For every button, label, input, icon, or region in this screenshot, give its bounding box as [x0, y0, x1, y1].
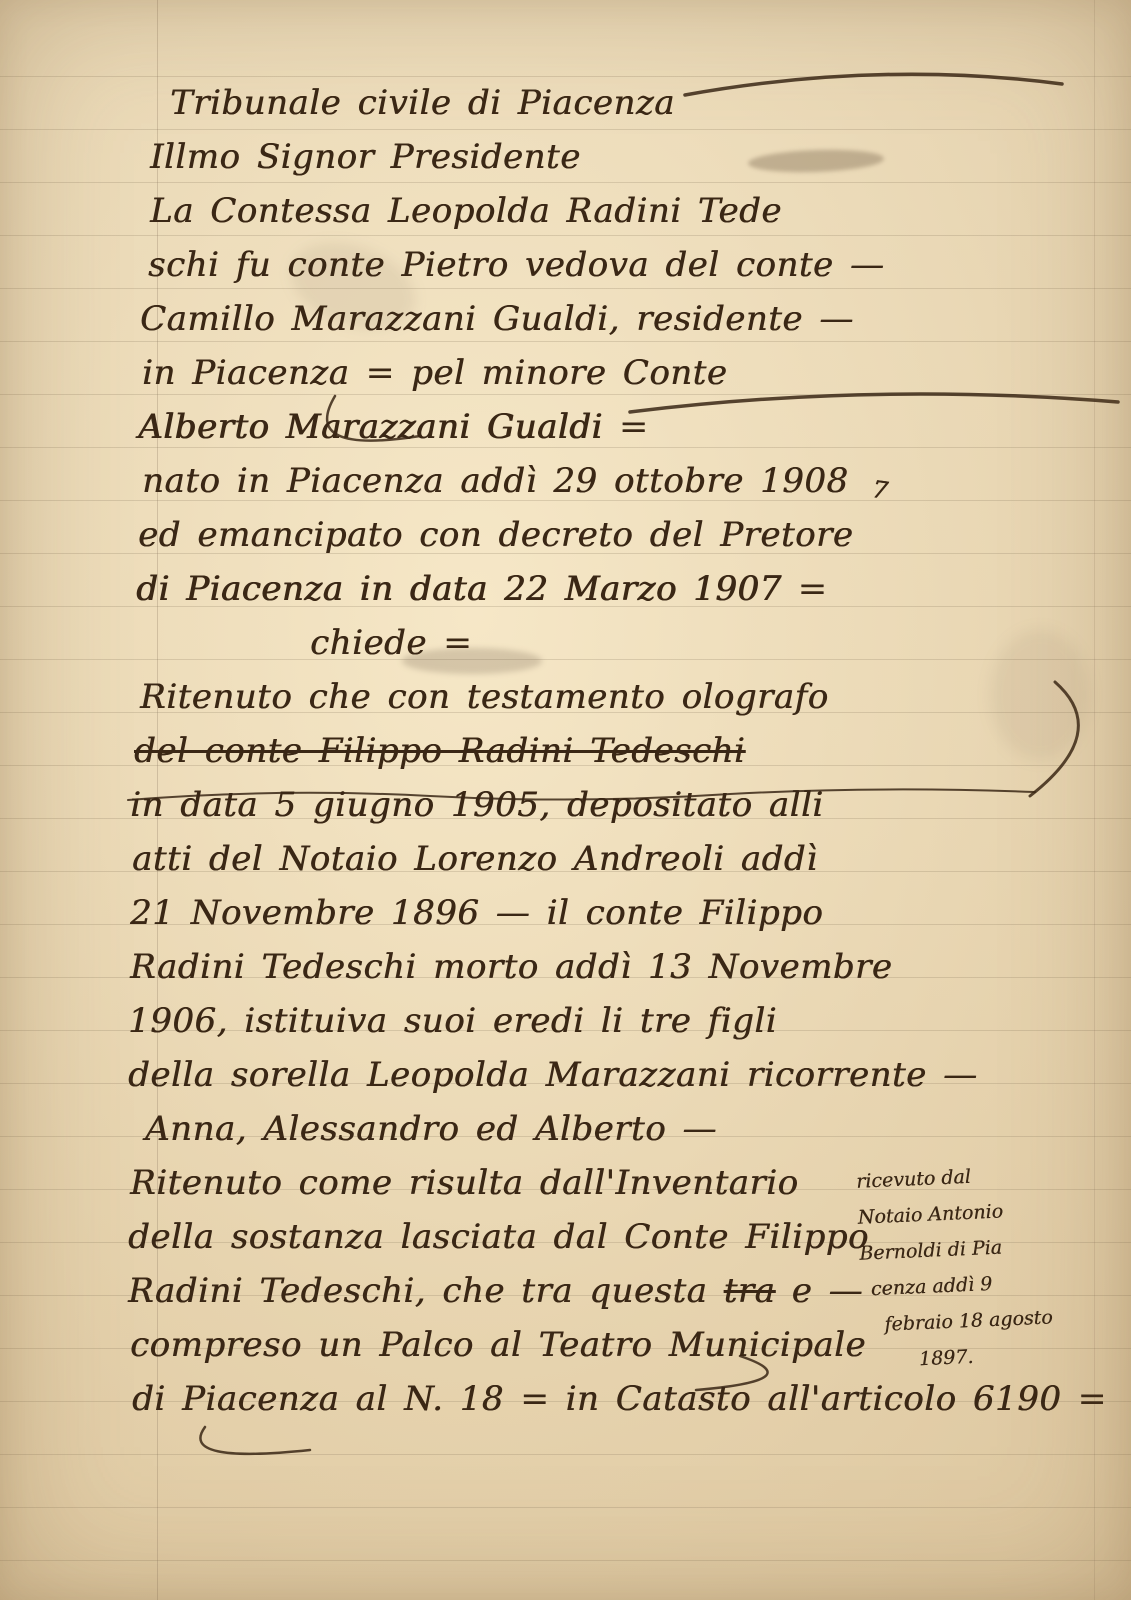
manuscript-line: 21 Novembre 1896 — il conte Filippo [130, 888, 1131, 942]
manuscript-line: atti del Notaio Lorenzo Andreoli addì [132, 834, 1131, 888]
line-text: Radini Tedeschi, che tra questa [128, 1271, 724, 1311]
manuscript-line: nato in Piacenza addì 29 ottobre 1908 [142, 456, 1131, 510]
manuscript-line: in Piacenza = pel minore Conte [142, 348, 1131, 402]
manuscript-line: Anna, Alessandro ed Alberto — [145, 1104, 1131, 1158]
manuscript-line: Alberto Marazzani Gualdi = [138, 402, 1131, 456]
manuscript-line: di Piacenza al N. 18 = in Catasto all'ar… [132, 1374, 1131, 1428]
manuscript-line: schi fu conte Pietro vedova del conte — [148, 240, 1131, 294]
manuscript-line: ed emancipato con decreto del Pretore [138, 510, 1131, 564]
manuscript-line: in data 5 giugno 1905, depositato alli [130, 780, 1131, 834]
manuscript-line: Camillo Marazzani Gualdi, residente — [140, 294, 1131, 348]
manuscript-line: 1906, istituiva suoi eredi li tre figli [128, 996, 1131, 1050]
manuscript-line: Tribunale civile di Piacenza [170, 78, 1131, 132]
manuscript-line: di Piacenza in data 22 Marzo 1907 = [136, 564, 1131, 618]
manuscript-line: Illmo Signor Presidente [150, 132, 1131, 186]
manuscript-page: Tribunale civile di Piacenza Illmo Signo… [0, 0, 1131, 1600]
margin-note: ricevuto dal Notaio Antonio Bernoldi di … [855, 1152, 1126, 1379]
manuscript-line: Radini Tedeschi morto addì 13 Novembre [130, 942, 1131, 996]
manuscript-line: Ritenuto che con testamento olografo [140, 672, 1131, 726]
crossed-out-word: tra [724, 1271, 776, 1311]
manuscript-line-crossed-out: del conte Filippo Radini Tedeschi [134, 726, 1131, 780]
line-text: e — [775, 1271, 863, 1311]
manuscript-line: La Contessa Leopolda Radini Tede [150, 186, 1131, 240]
manuscript-line-chiede: chiede = [310, 618, 1131, 672]
manuscript-line: della sorella Leopolda Marazzani ricorre… [128, 1050, 1131, 1104]
flourish-underline-piacenza-bottom [200, 1427, 310, 1454]
